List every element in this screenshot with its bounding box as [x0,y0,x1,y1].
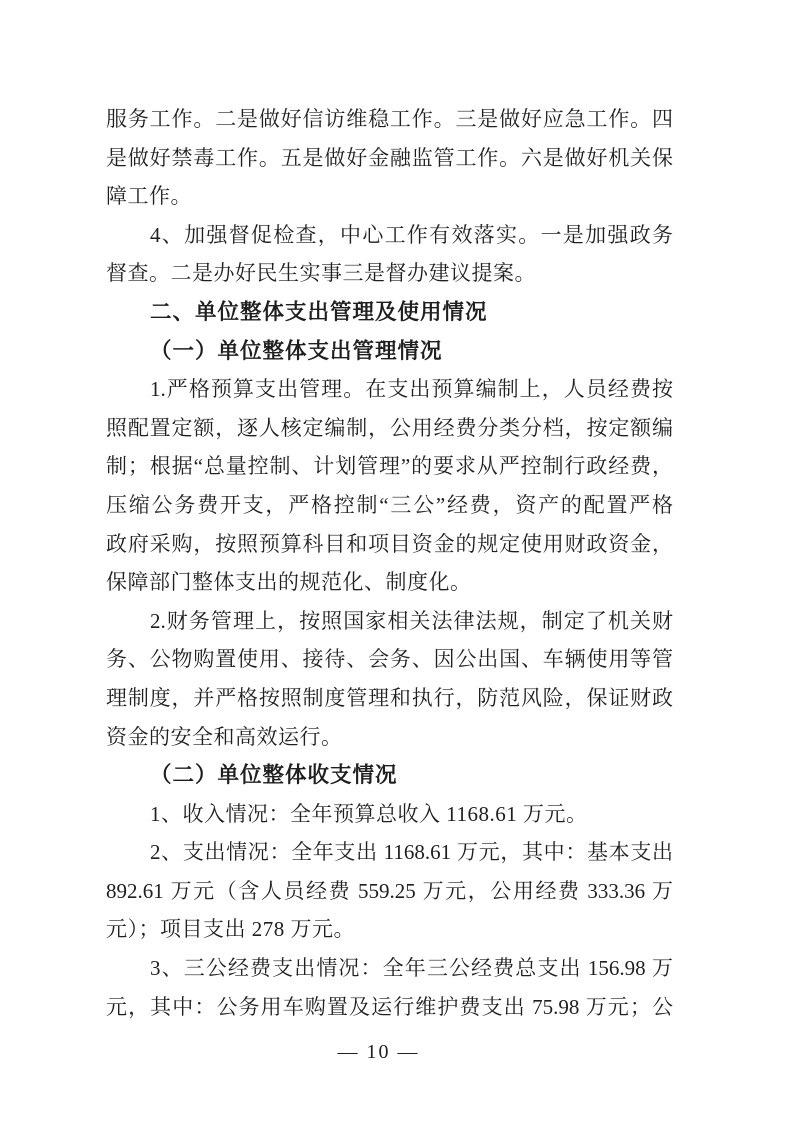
text-line: 政府采购，按照预算科目和项目资金的规定使用财政资金， [106,525,673,564]
text-line: 督查。二是办好民生实事三是督办建议提案。 [106,254,673,293]
text-line: 892.61 万元（含人员经费 559.25 万元，公用经费 333.36 万 [106,872,673,911]
text-line: 资金的安全和高效运行。 [106,718,673,757]
text-line: 3、三公经费支出情况：全年三公经费总支出 156.98 万 [106,949,673,988]
text-line: 元，其中：公务用车购置及运行维护费支出 75.98 万元；公 [106,988,673,1027]
text-line: 理制度，并严格按照制度管理和执行，防范风险，保证财政 [106,679,673,718]
text-line: 4、加强督促检查，中心工作有效落实。一是加强政务 [106,216,673,255]
text-line: 1、收入情况：全年预算总收入 1168.61 万元。 [106,795,673,834]
text-block: 服务工作。二是做好信访维稳工作。三是做好应急工作。四 是做好禁毒工作。五是做好金… [106,100,673,1026]
section-heading: （二）单位整体收支情况 [106,756,673,795]
page-number: — 10 — [0,1041,757,1064]
text-line: 务、公物购置使用、接待、会务、因公出国、车辆使用等管 [106,640,673,679]
text-line: 服务工作。二是做好信访维稳工作。三是做好应急工作。四 [106,100,673,139]
text-line: 保障部门整体支出的规范化、制度化。 [106,563,673,602]
section-heading: （一）单位整体支出管理情况 [106,332,673,371]
text-line: 1.严格预算支出管理。在支出预算编制上，人员经费按 [106,370,673,409]
text-line: 制；根据“总量控制、计划管理”的要求从严控制行政经费， [106,447,673,486]
document-page: 服务工作。二是做好信访维稳工作。三是做好应急工作。四 是做好禁毒工作。五是做好金… [0,0,793,1122]
section-heading: 二、单位整体支出管理及使用情况 [106,293,673,332]
text-line: 2、支出情况：全年支出 1168.61 万元，其中：基本支出 [106,833,673,872]
text-line: 压缩公务费开支，严格控制“三公”经费，资产的配置严格 [106,486,673,525]
text-line: 是做好禁毒工作。五是做好金融监管工作。六是做好机关保 [106,139,673,178]
text-line: 障工作。 [106,177,673,216]
text-line: 元）；项目支出 278 万元。 [106,910,673,949]
text-line: 2.财务管理上，按照国家相关法律法规，制定了机关财 [106,602,673,641]
text-line: 照配置定额，逐人核定编制，公用经费分类分档，按定额编 [106,409,673,448]
